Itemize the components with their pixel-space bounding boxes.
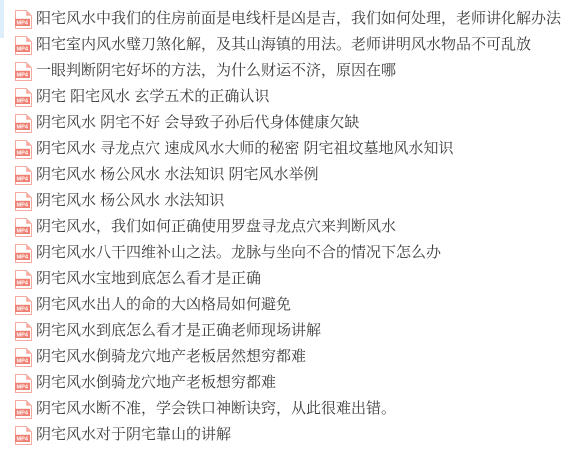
mp4-file-icon: MP4: [15, 270, 32, 289]
video-title: 阴宅风水对于阴宅靠山的讲解: [36, 422, 231, 448]
mp4-file-icon: MP4: [15, 348, 32, 367]
file-type-label: MP4: [17, 150, 29, 156]
video-title: 阴宅风水出人的命的大凶格局如何避免: [36, 292, 291, 318]
file-type-label: MP4: [17, 358, 29, 364]
mp4-file-icon: MP4: [15, 400, 32, 419]
file-type-label: MP4: [17, 332, 29, 338]
file-type-label: MP4: [17, 410, 29, 416]
video-title: 阴宅风水 杨公风水 水法知识: [36, 188, 224, 214]
video-title: 阴宅 阳宅风水 玄学五术的正确认识: [36, 84, 269, 110]
video-title: 阴宅风水倒骑龙穴地产老板想穷都难: [36, 370, 276, 396]
file-type-label: MP4: [17, 46, 29, 52]
list-item[interactable]: MP4 一眼判断阴宅好坏的方法，为什么财运不济，原因在哪: [15, 58, 581, 84]
mp4-file-icon: MP4: [15, 192, 32, 211]
list-item[interactable]: MP4 阳宅风水中我们的住房前面是电线杆是凶是吉，我们如何处理，老师讲化解办法: [15, 6, 581, 32]
video-title: 阳宅风水中我们的住房前面是电线杆是凶是吉，我们如何处理，老师讲化解办法: [36, 6, 561, 32]
file-fold-shape: [26, 62, 31, 67]
file-type-label: MP4: [17, 254, 29, 260]
file-type-label: MP4: [17, 20, 29, 26]
video-title: 阴宅风水 寻龙点穴 速成风水大师的秘密 阴宅祖坟墓地风水知识: [36, 136, 454, 162]
mp4-file-icon: MP4: [15, 88, 32, 107]
list-item[interactable]: MP4 阴宅风水 杨公风水 水法知识: [15, 188, 581, 214]
mp4-file-icon: MP4: [15, 166, 32, 185]
mp4-file-icon: MP4: [15, 374, 32, 393]
list-item[interactable]: MP4 阴宅风水对于阴宅靠山的讲解: [15, 422, 581, 448]
video-title: 阴宅风水到底怎么看才是正确老师现场讲解: [36, 318, 321, 344]
list-item[interactable]: MP4 阴宅风水倒骑龙穴地产老板想穷都难: [15, 370, 581, 396]
video-title: 一眼判断阴宅好坏的方法，为什么财运不济，原因在哪: [36, 58, 396, 84]
file-type-label: MP4: [17, 436, 29, 442]
list-item[interactable]: MP4 阴宅风水宝地到底怎么看才是正确: [15, 266, 581, 292]
file-type-label: MP4: [17, 202, 29, 208]
mp4-file-icon: MP4: [15, 62, 32, 81]
file-type-label: MP4: [17, 98, 29, 104]
list-item[interactable]: MP4 阳宅室内风水璧刀煞化解，及其山海镇的用法。老师讲明风水物品不可乱放: [15, 32, 581, 58]
list-item[interactable]: MP4 阴宅风水 杨公风水 水法知识 阴宅风水举例: [15, 162, 581, 188]
video-title: 阴宅风水，我们如何正确使用罗盘寻龙点穴来判断风水: [36, 214, 396, 240]
file-type-label: MP4: [17, 124, 29, 130]
video-title: 阳宅室内风水璧刀煞化解，及其山海镇的用法。老师讲明风水物品不可乱放: [36, 32, 531, 58]
file-type-label: MP4: [17, 306, 29, 312]
list-item[interactable]: MP4 阴宅风水到底怎么看才是正确老师现场讲解: [15, 318, 581, 344]
file-type-label: MP4: [17, 228, 29, 234]
list-item[interactable]: MP4 阴宅风水八干四维补山之法。龙脉与坐向不合的情况下怎么办: [15, 240, 581, 266]
list-item[interactable]: MP4 阴宅风水，我们如何正确使用罗盘寻龙点穴来判断风水: [15, 214, 581, 240]
mp4-file-icon: MP4: [15, 114, 32, 133]
left-scroll-indicator: [0, 0, 4, 38]
list-item[interactable]: MP4 阴宅风水 阴宅不好 会导致子孙后代身体健康欠缺: [15, 110, 581, 136]
file-type-label: MP4: [17, 384, 29, 390]
mp4-file-icon: MP4: [15, 244, 32, 263]
video-list: MP4 阳宅风水中我们的住房前面是电线杆是凶是吉，我们如何处理，老师讲化解办法 …: [0, 0, 581, 448]
file-type-label: MP4: [17, 72, 29, 78]
list-item[interactable]: MP4 阴宅风水出人的命的大凶格局如何避免: [15, 292, 581, 318]
file-type-label: MP4: [17, 280, 29, 286]
mp4-file-icon: MP4: [15, 140, 32, 159]
file-type-label: MP4: [17, 176, 29, 182]
list-item[interactable]: MP4 阴宅风水 寻龙点穴 速成风水大师的秘密 阴宅祖坟墓地风水知识: [15, 136, 581, 162]
video-title: 阴宅风水宝地到底怎么看才是正确: [36, 266, 261, 292]
mp4-file-icon: MP4: [15, 10, 32, 29]
mp4-file-icon: MP4: [15, 36, 32, 55]
video-title: 阴宅风水 阴宅不好 会导致子孙后代身体健康欠缺: [36, 110, 359, 136]
mp4-file-icon: MP4: [15, 296, 32, 315]
video-file-list-page: MP4 阳宅风水中我们的住房前面是电线杆是凶是吉，我们如何处理，老师讲化解办法 …: [0, 0, 581, 469]
list-item[interactable]: MP4 阴宅风水倒骑龙穴地产老板居然想穷都难: [15, 344, 581, 370]
video-title: 阴宅风水断不准，学会铁口神断诀窍，从此很难出错。: [36, 396, 396, 422]
list-item[interactable]: MP4 阴宅风水断不准，学会铁口神断诀窍，从此很难出错。: [15, 396, 581, 422]
video-title: 阴宅风水 杨公风水 水法知识 阴宅风水举例: [36, 162, 319, 188]
video-title: 阴宅风水倒骑龙穴地产老板居然想穷都难: [36, 344, 306, 370]
video-title: 阴宅风水八干四维补山之法。龙脉与坐向不合的情况下怎么办: [36, 240, 441, 266]
mp4-file-icon: MP4: [15, 426, 32, 445]
mp4-file-icon: MP4: [15, 322, 32, 341]
mp4-file-icon: MP4: [15, 218, 32, 237]
list-item[interactable]: MP4 阴宅 阳宅风水 玄学五术的正确认识: [15, 84, 581, 110]
